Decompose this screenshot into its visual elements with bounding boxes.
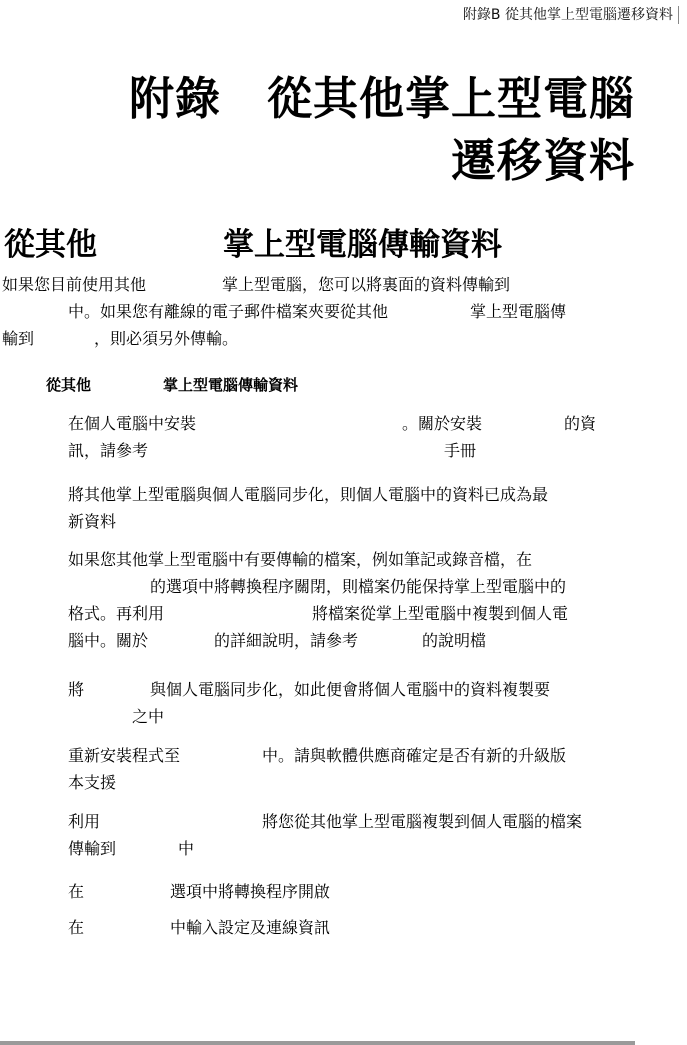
procedure-step-1: 在個人電腦中安裝。關於安裝的資 訊，請參考手冊 xyxy=(68,410,638,464)
section-heading: 從其他掌上型電腦傳輸資料 xyxy=(4,225,502,265)
chapter-title-line-1: 附錄從其他掌上型電腦 xyxy=(129,68,635,130)
procedure-heading: 從其他掌上型電腦傳輸資料 xyxy=(46,374,298,396)
chapter-label: 附錄 xyxy=(129,72,221,125)
chapter-title-text-1: 從其他掌上型電腦 xyxy=(267,72,635,125)
procedure-step-3: 如果您其他掌上型電腦中有要傳輸的檔案，例如筆記或錄音檔，在 的選項中將轉換程序關… xyxy=(68,546,638,654)
procedure-step-7: 在選項中將轉換程序開啟 xyxy=(68,878,638,905)
procedure-step-5: 重新安裝程式至中。請與軟體供應商確定是否有新的升級版 本支援 xyxy=(68,742,638,796)
procedure-step-4: 將與個人電腦同步化，如此便會將個人電腦中的資料複製要 之中 xyxy=(68,676,638,730)
intro-line: 中。如果您有離線的電子郵件檔案夾要從其他掌上型電腦傳 xyxy=(2,298,642,325)
intro-line: 輸到，則必須另外傳輸。 xyxy=(2,325,642,352)
running-header: 附錄B 從其他掌上型電腦遷移資料 xyxy=(463,6,679,24)
procedure-step-8: 在中輸入設定及連線資訊 xyxy=(68,914,638,941)
section-heading-part-1: 從其他 xyxy=(4,227,97,263)
section-heading-part-2: 掌上型電腦傳輸資料 xyxy=(223,227,502,263)
intro-paragraph: 如果您目前使用其他掌上型電腦，您可以將裏面的資料傳輸到 中。如果您有離線的電子郵… xyxy=(2,271,642,352)
chapter-title-line-2: 遷移資料 xyxy=(129,130,635,192)
intro-line: 如果您目前使用其他掌上型電腦，您可以將裏面的資料傳輸到 xyxy=(2,271,642,298)
procedure-step-6: 利用將您從其他掌上型電腦複製到個人電腦的檔案 傳輸到中 xyxy=(68,808,638,862)
chapter-title: 附錄從其他掌上型電腦 遷移資料 xyxy=(129,68,635,192)
procedure-step-2: 將其他掌上型電腦與個人電腦同步化，則個人電腦中的資料已成為最 新資料 xyxy=(68,481,638,535)
footer-rule xyxy=(0,1041,635,1045)
